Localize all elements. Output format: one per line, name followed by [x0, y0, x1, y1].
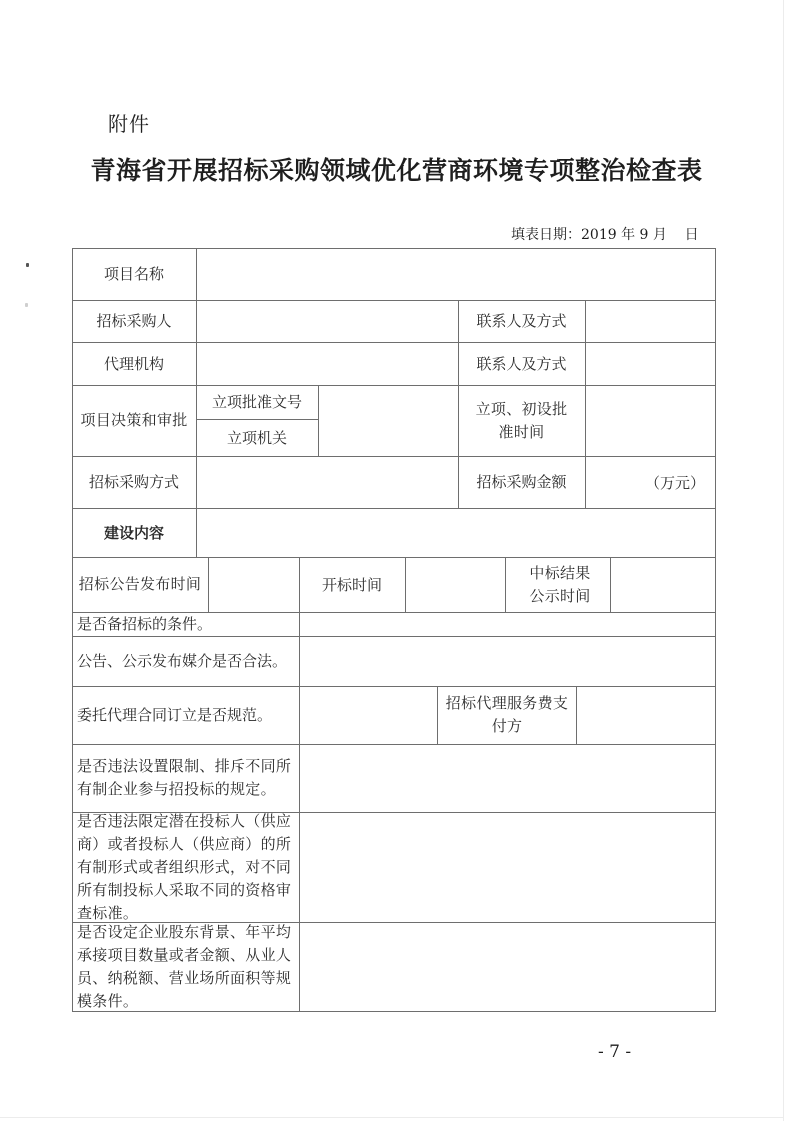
approval-time-label: 立项、初设批准时间	[470, 385, 573, 456]
approval-label: 项目决策和审批	[78, 385, 190, 456]
check-answer-field[interactable]	[300, 613, 715, 636]
approval-authority-label: 立项机关	[196, 419, 318, 456]
tenderer-field[interactable]	[197, 301, 458, 342]
approval-field[interactable]	[319, 386, 458, 456]
check-question: 是否违法设置限制、排斥不同所有制企业参与招投标的规定。	[72, 744, 294, 812]
check-answer-field[interactable]	[300, 637, 715, 686]
notice-time-label: 招标公告发布时间	[76, 557, 204, 612]
tenderer-contact-field[interactable]	[586, 301, 715, 342]
procurement-amount-field[interactable]: （万元）	[586, 457, 715, 508]
scan-page-edge-bottom	[0, 1117, 784, 1118]
check-answer-field[interactable]	[300, 687, 437, 744]
inspection-form-table: 项目名称 招标采购人 联系人及方式 代理机构 联系人及方式 项目决策和审批 立项…	[72, 248, 716, 1012]
procurement-method-field[interactable]	[197, 457, 458, 508]
col-divider	[437, 686, 438, 744]
construction-content-label: 建设内容	[72, 508, 196, 557]
tenderer-contact-label: 联系人及方式	[458, 300, 585, 342]
procurement-amount-label: 招标采购金额	[458, 456, 585, 508]
approval-doc-no-label: 立项批准文号	[196, 385, 318, 419]
attachment-label: 附件	[108, 108, 150, 137]
notice-time-field[interactable]	[209, 558, 299, 612]
project-name-field[interactable]	[197, 249, 715, 300]
tenderer-label: 招标采购人	[72, 300, 196, 342]
result-time-field[interactable]	[611, 558, 715, 612]
opening-time-field[interactable]	[406, 558, 505, 612]
agency-contact-label: 联系人及方式	[458, 342, 585, 385]
agency-field[interactable]	[197, 343, 458, 385]
table-border-right	[715, 248, 716, 1012]
procurement-method-label: 招标采购方式	[72, 456, 196, 508]
check-answer-field[interactable]	[300, 813, 715, 922]
col-divider	[505, 557, 506, 612]
check-question: 委托代理合同订立是否规范。	[72, 686, 299, 744]
check-question: 是否设定企业股东背景、年平均承接项目数量或者金额、从业人员、纳税额、营业场所面积…	[72, 922, 294, 1011]
scan-speck	[26, 263, 29, 267]
agency-fee-payer-field[interactable]	[577, 687, 715, 744]
result-time-label: 中标结果公示时间	[522, 557, 598, 612]
check-answer-field[interactable]	[300, 745, 715, 812]
construction-content-field[interactable]	[197, 509, 715, 557]
check-answer-field[interactable]	[300, 923, 715, 1011]
agency-label: 代理机构	[72, 342, 196, 385]
project-name-label: 项目名称	[72, 248, 196, 300]
approval-time-field[interactable]	[586, 386, 715, 456]
check-question: 是否违法限定潜在投标人（供应商）或者投标人（供应商）的所有制形式或者组织形式，对…	[72, 812, 294, 922]
scan-speck	[25, 303, 28, 307]
check-question: 是否备招标的条件。	[72, 612, 299, 636]
page-number: - 7 -	[598, 1042, 631, 1062]
opening-time-label: 开标时间	[299, 557, 405, 612]
agency-fee-payer-label: 招标代理服务费支付方	[444, 686, 570, 744]
agency-contact-field[interactable]	[586, 343, 715, 385]
check-question: 公告、公示发布媒介是否合法。	[72, 636, 299, 686]
page-title: 青海省开展招标采购领域优化营商环境专项整治检查表	[0, 151, 793, 187]
fill-date: 填表日期：2019 年 9 月 日	[511, 224, 699, 244]
